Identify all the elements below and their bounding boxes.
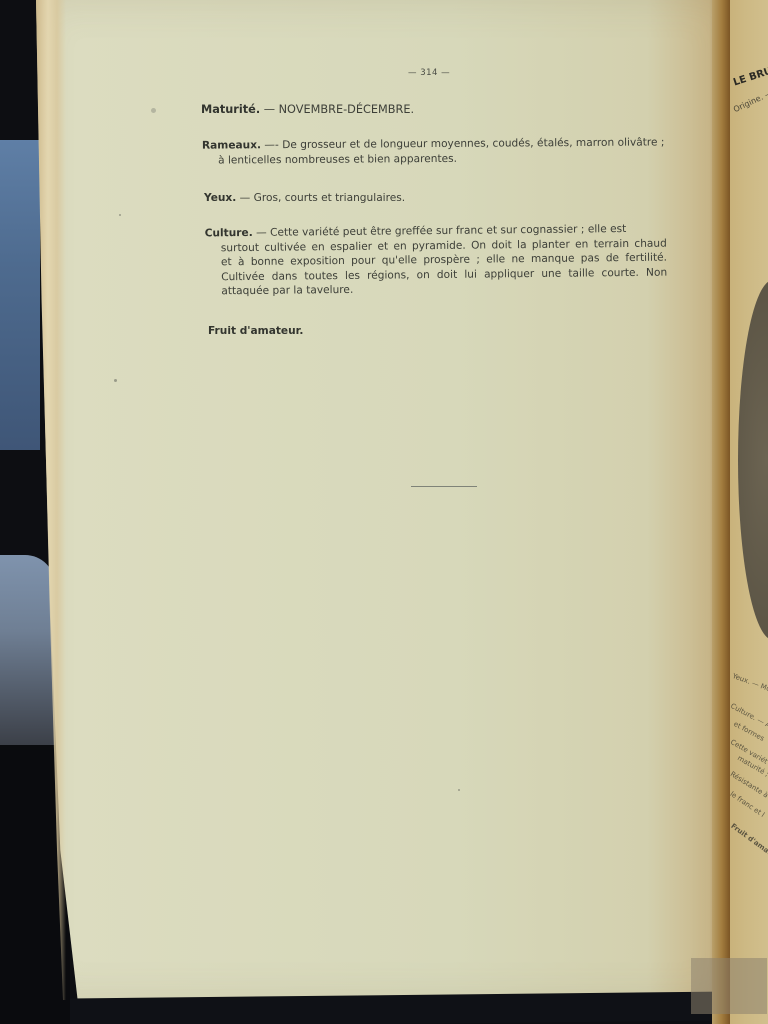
yeux-label: Yeux. <box>204 192 236 204</box>
paper-speck <box>114 379 117 382</box>
culture-line: — Cette variété peut être greffée sur fr… <box>253 223 627 239</box>
paper-speck <box>119 214 121 216</box>
rameaux-line: —- De grosseur et de longueur moyennes, … <box>261 136 664 151</box>
section-divider-rule <box>411 486 477 487</box>
section-fruit-amateur: Fruit d'amateur. <box>208 324 303 339</box>
paper-speck <box>458 789 460 791</box>
page-number: — 314 — <box>408 68 450 78</box>
paper-speck <box>151 108 156 113</box>
section-yeux: Yeux. — Gros, courts et triangulaires. <box>204 191 405 206</box>
rameaux-line: à lenticelles nombreuses et bien apparen… <box>202 150 667 168</box>
left-page-content: — 314 — Maturité. — NOVEMBRE-DÉCEMBRE. R… <box>0 0 768 1024</box>
maturite-label: Maturité. <box>201 103 260 116</box>
culture-label: Culture. <box>205 227 253 240</box>
corner-thumbnail-overlay <box>691 958 767 1014</box>
section-rameaux: Rameaux. —- De grosseur et de longueur m… <box>202 135 667 167</box>
section-culture: Culture. — Cette variété peut être greff… <box>205 222 668 299</box>
book-photo-scene: LE BRUN Origine. — O Yeux. — Mo Culture.… <box>0 0 768 1024</box>
yeux-text: — Gros, courts et triangulaires. <box>236 192 405 204</box>
rameaux-label: Rameaux. <box>202 139 261 151</box>
maturite-text: — NOVEMBRE-DÉCEMBRE. <box>260 103 414 116</box>
section-maturite: Maturité. — NOVEMBRE-DÉCEMBRE. <box>201 103 414 118</box>
